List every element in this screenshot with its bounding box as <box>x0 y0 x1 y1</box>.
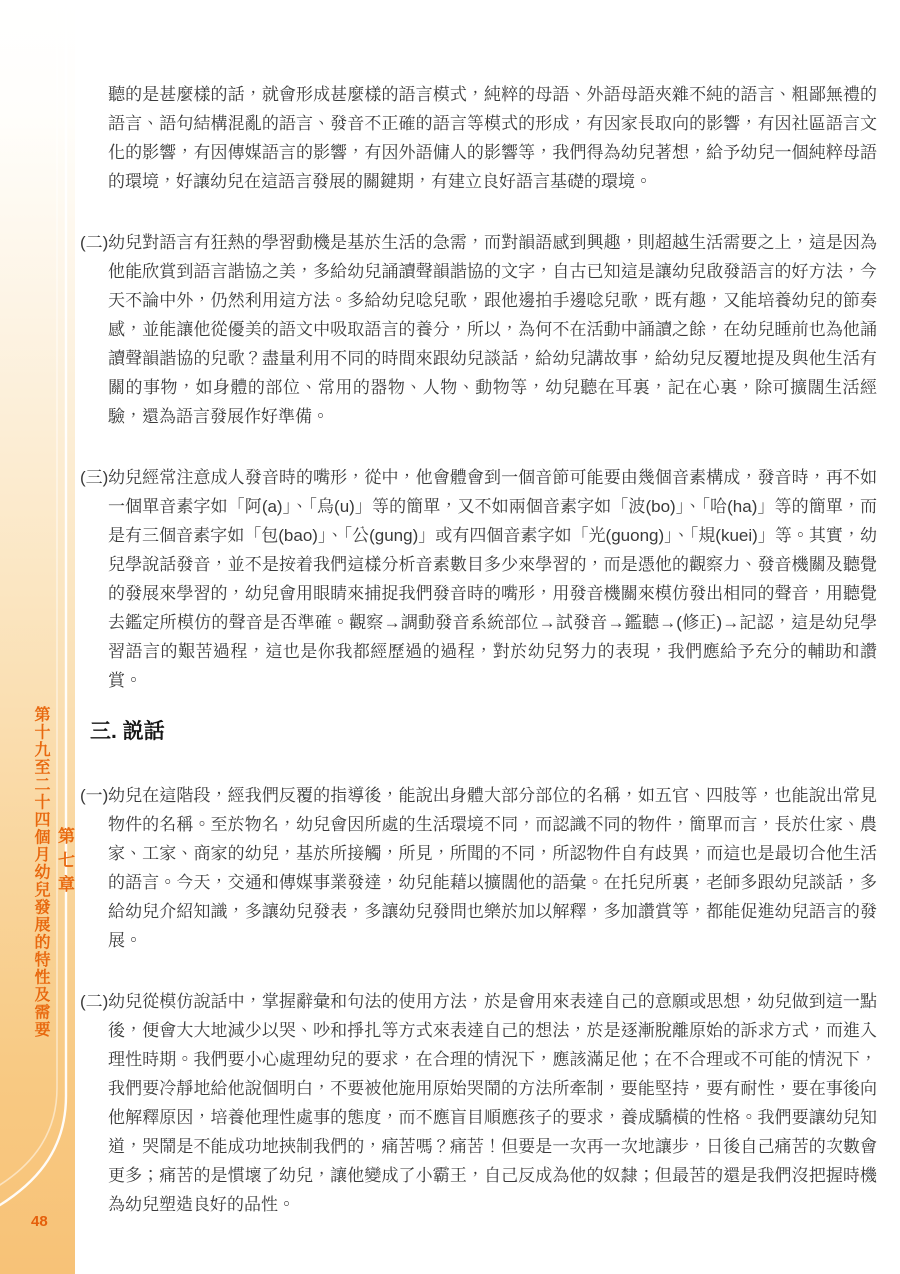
page-content: 聽的是甚麼樣的話，就會形成甚麼樣的語言模式，純粹的母語、外語母語夾雜不純的語言、… <box>108 80 877 1219</box>
section-heading: 三. 説話 <box>90 717 877 747</box>
paragraph-text: 幼兒在這階段，經我們反覆的指導後，能說出身體大部分部位的名稱，如五官、四肢等，也… <box>108 781 877 955</box>
paragraph-speech-1: (一) 幼兒在這階段，經我們反覆的指導後，能說出身體大部分部位的名稱，如五官、四… <box>108 781 877 955</box>
intro-paragraph: 聽的是甚麼樣的話，就會形成甚麼樣的語言模式，純粹的母語、外語母語夾雜不純的語言、… <box>108 80 877 196</box>
sidebar-vertical-text: 第七章 第十九至二十四個月幼兒發展的特性及需要 <box>29 688 77 1039</box>
paragraph-number-label: (一) <box>80 781 108 810</box>
paragraph-text: 幼兒對語言有狂熱的學習動機是基於生活的急需，而對韻語感到興趣，則超越生活需要之上… <box>108 228 877 431</box>
paragraph-speech-2: (二) 幼兒從模仿說話中，掌握辭彙和句法的使用方法，於是會用來表達自己的意願或思… <box>108 987 877 1219</box>
chapter-sidebar: 第七章 第十九至二十四個月幼兒發展的特性及需要 48 <box>0 0 75 1274</box>
paragraph-text: 幼兒經常注意成人發音時的嘴形，從中，他會體會到一個音節可能要由幾個音素構成，發音… <box>108 463 877 695</box>
paragraph-number-label: (二) <box>80 987 108 1016</box>
paragraph-language-2: (二) 幼兒對語言有狂熱的學習動機是基於生活的急需，而對韻語感到興趣，則超越生活… <box>108 228 877 431</box>
page-number: 48 <box>31 1213 48 1230</box>
paragraph-number-label: (三) <box>80 463 108 492</box>
paragraph-language-3: (三) 幼兒經常注意成人發音時的嘴形，從中，他會體會到一個音節可能要由幾個音素構… <box>108 463 877 695</box>
paragraph-text: 聽的是甚麼樣的話，就會形成甚麼樣的語言模式，純粹的母語、外語母語夾雜不純的語言、… <box>108 80 877 196</box>
chapter-title-label: 第十九至二十四個月幼兒發展的特性及需要 <box>29 706 52 1039</box>
chapter-number-label: 第七章 <box>52 827 77 899</box>
paragraph-number-label: (二) <box>80 228 108 257</box>
book-page: { "colors": { "sidebar_text_orange": "#e… <box>0 0 900 1274</box>
paragraph-text: 幼兒從模仿說話中，掌握辭彙和句法的使用方法，於是會用來表達自己的意願或思想，幼兒… <box>108 987 877 1219</box>
sidebar-curve-decoration <box>0 0 75 1274</box>
